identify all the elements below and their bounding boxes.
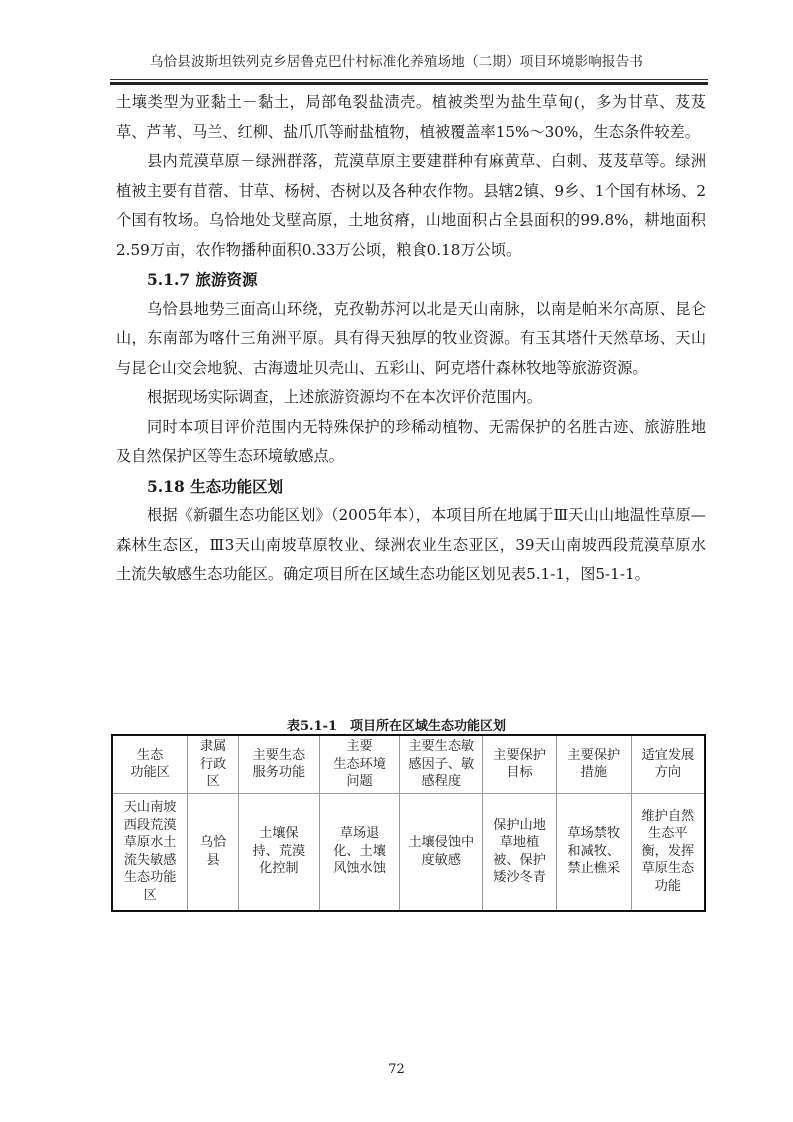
table-cell: 保护山地 草地植 被、保护 矮沙冬青: [483, 793, 557, 911]
paragraph-tourism-resources: 乌恰县地势三面高山环绕，克孜勒苏河以北是天山南脉，以南是帕米尔高原、昆仑山，东南…: [116, 295, 706, 384]
column-header: 主要 生态环境 问题: [319, 735, 400, 793]
paragraph-sensitive-points: 同时本项目评价范围内无特殊保护的珍稀动植物、无需保护的名胜古迹、旅游胜地及自然保…: [116, 413, 706, 472]
section-heading-eco-zoning: 5.18 生态功能区划: [116, 472, 706, 502]
table-cell: 维护自然 生态平 衡，发挥 草原生态 功能: [631, 793, 705, 911]
document-body: 土壤类型为亚黏土－黏土，局部龟裂盐渍壳。植被类型为盐生草甸(，多为甘草、芨芨草、…: [116, 88, 706, 590]
table-header-row: 生态 功能区 隶属 行政 区 主要生态 服务功能 主要 生态环境 问题 主要生态…: [112, 735, 705, 793]
table-cell: 土壤保 持、荒漠 化控制: [238, 793, 319, 911]
eco-function-table: 生态 功能区 隶属 行政 区 主要生态 服务功能 主要 生态环境 问题 主要生态…: [111, 734, 706, 912]
table-cell: 土壤侵蚀中 度敏感: [400, 793, 483, 911]
table-cell: 乌恰 县: [188, 793, 239, 911]
section-heading-tourism: 5.1.7 旅游资源: [116, 265, 706, 295]
paragraph-soil: 土壤类型为亚黏土－黏土，局部龟裂盐渍壳。植被类型为盐生草甸(，多为甘草、芨芨草、…: [116, 88, 706, 147]
column-header: 隶属 行政 区: [188, 735, 239, 793]
paragraph-eco-zoning: 根据《新疆生态功能区划》（2005年本），本项目所在地属于Ⅲ天山山地温性草原—森…: [116, 501, 706, 590]
table-cell: 草场禁牧 和减牧、 禁止樵采: [556, 793, 631, 911]
header-rule-thin: [110, 79, 708, 80]
column-header: 主要生态 服务功能: [238, 735, 319, 793]
page-number: 72: [0, 1062, 793, 1077]
column-header: 主要保护 措施: [556, 735, 631, 793]
table-caption: 表5.1-1 项目所在区域生态功能区划: [0, 715, 793, 734]
table-cell: 天山南坡 西段荒漠 草原水土 流失敏感 生态功能 区: [112, 793, 188, 911]
paragraph-vegetation: 县内荒漠草原－绿洲群落，荒漠草原主要建群种有麻黄草、白刺、芨芨草等。绿洲植被主要…: [116, 147, 706, 265]
column-header: 生态 功能区: [112, 735, 188, 793]
table-cell: 草场退 化、土壤 风蚀水蚀: [319, 793, 400, 911]
header-rule-thick: [110, 82, 708, 85]
column-header: 适宜发展 方向: [631, 735, 705, 793]
column-header: 主要生态敏 感因子、敏 感程度: [400, 735, 483, 793]
column-header: 主要保护 目标: [483, 735, 557, 793]
paragraph-survey: 根据现场实际调查，上述旅游资源均不在本次评价范围内。: [116, 383, 706, 413]
header-title: 乌恰县波斯坦铁列克乡居鲁克巴什村标准化养殖场地（二期）项目环境影响报告书: [0, 50, 793, 70]
table-row: 天山南坡 西段荒漠 草原水土 流失敏感 生态功能 区 乌恰 县 土壤保 持、荒漠…: [112, 793, 705, 911]
